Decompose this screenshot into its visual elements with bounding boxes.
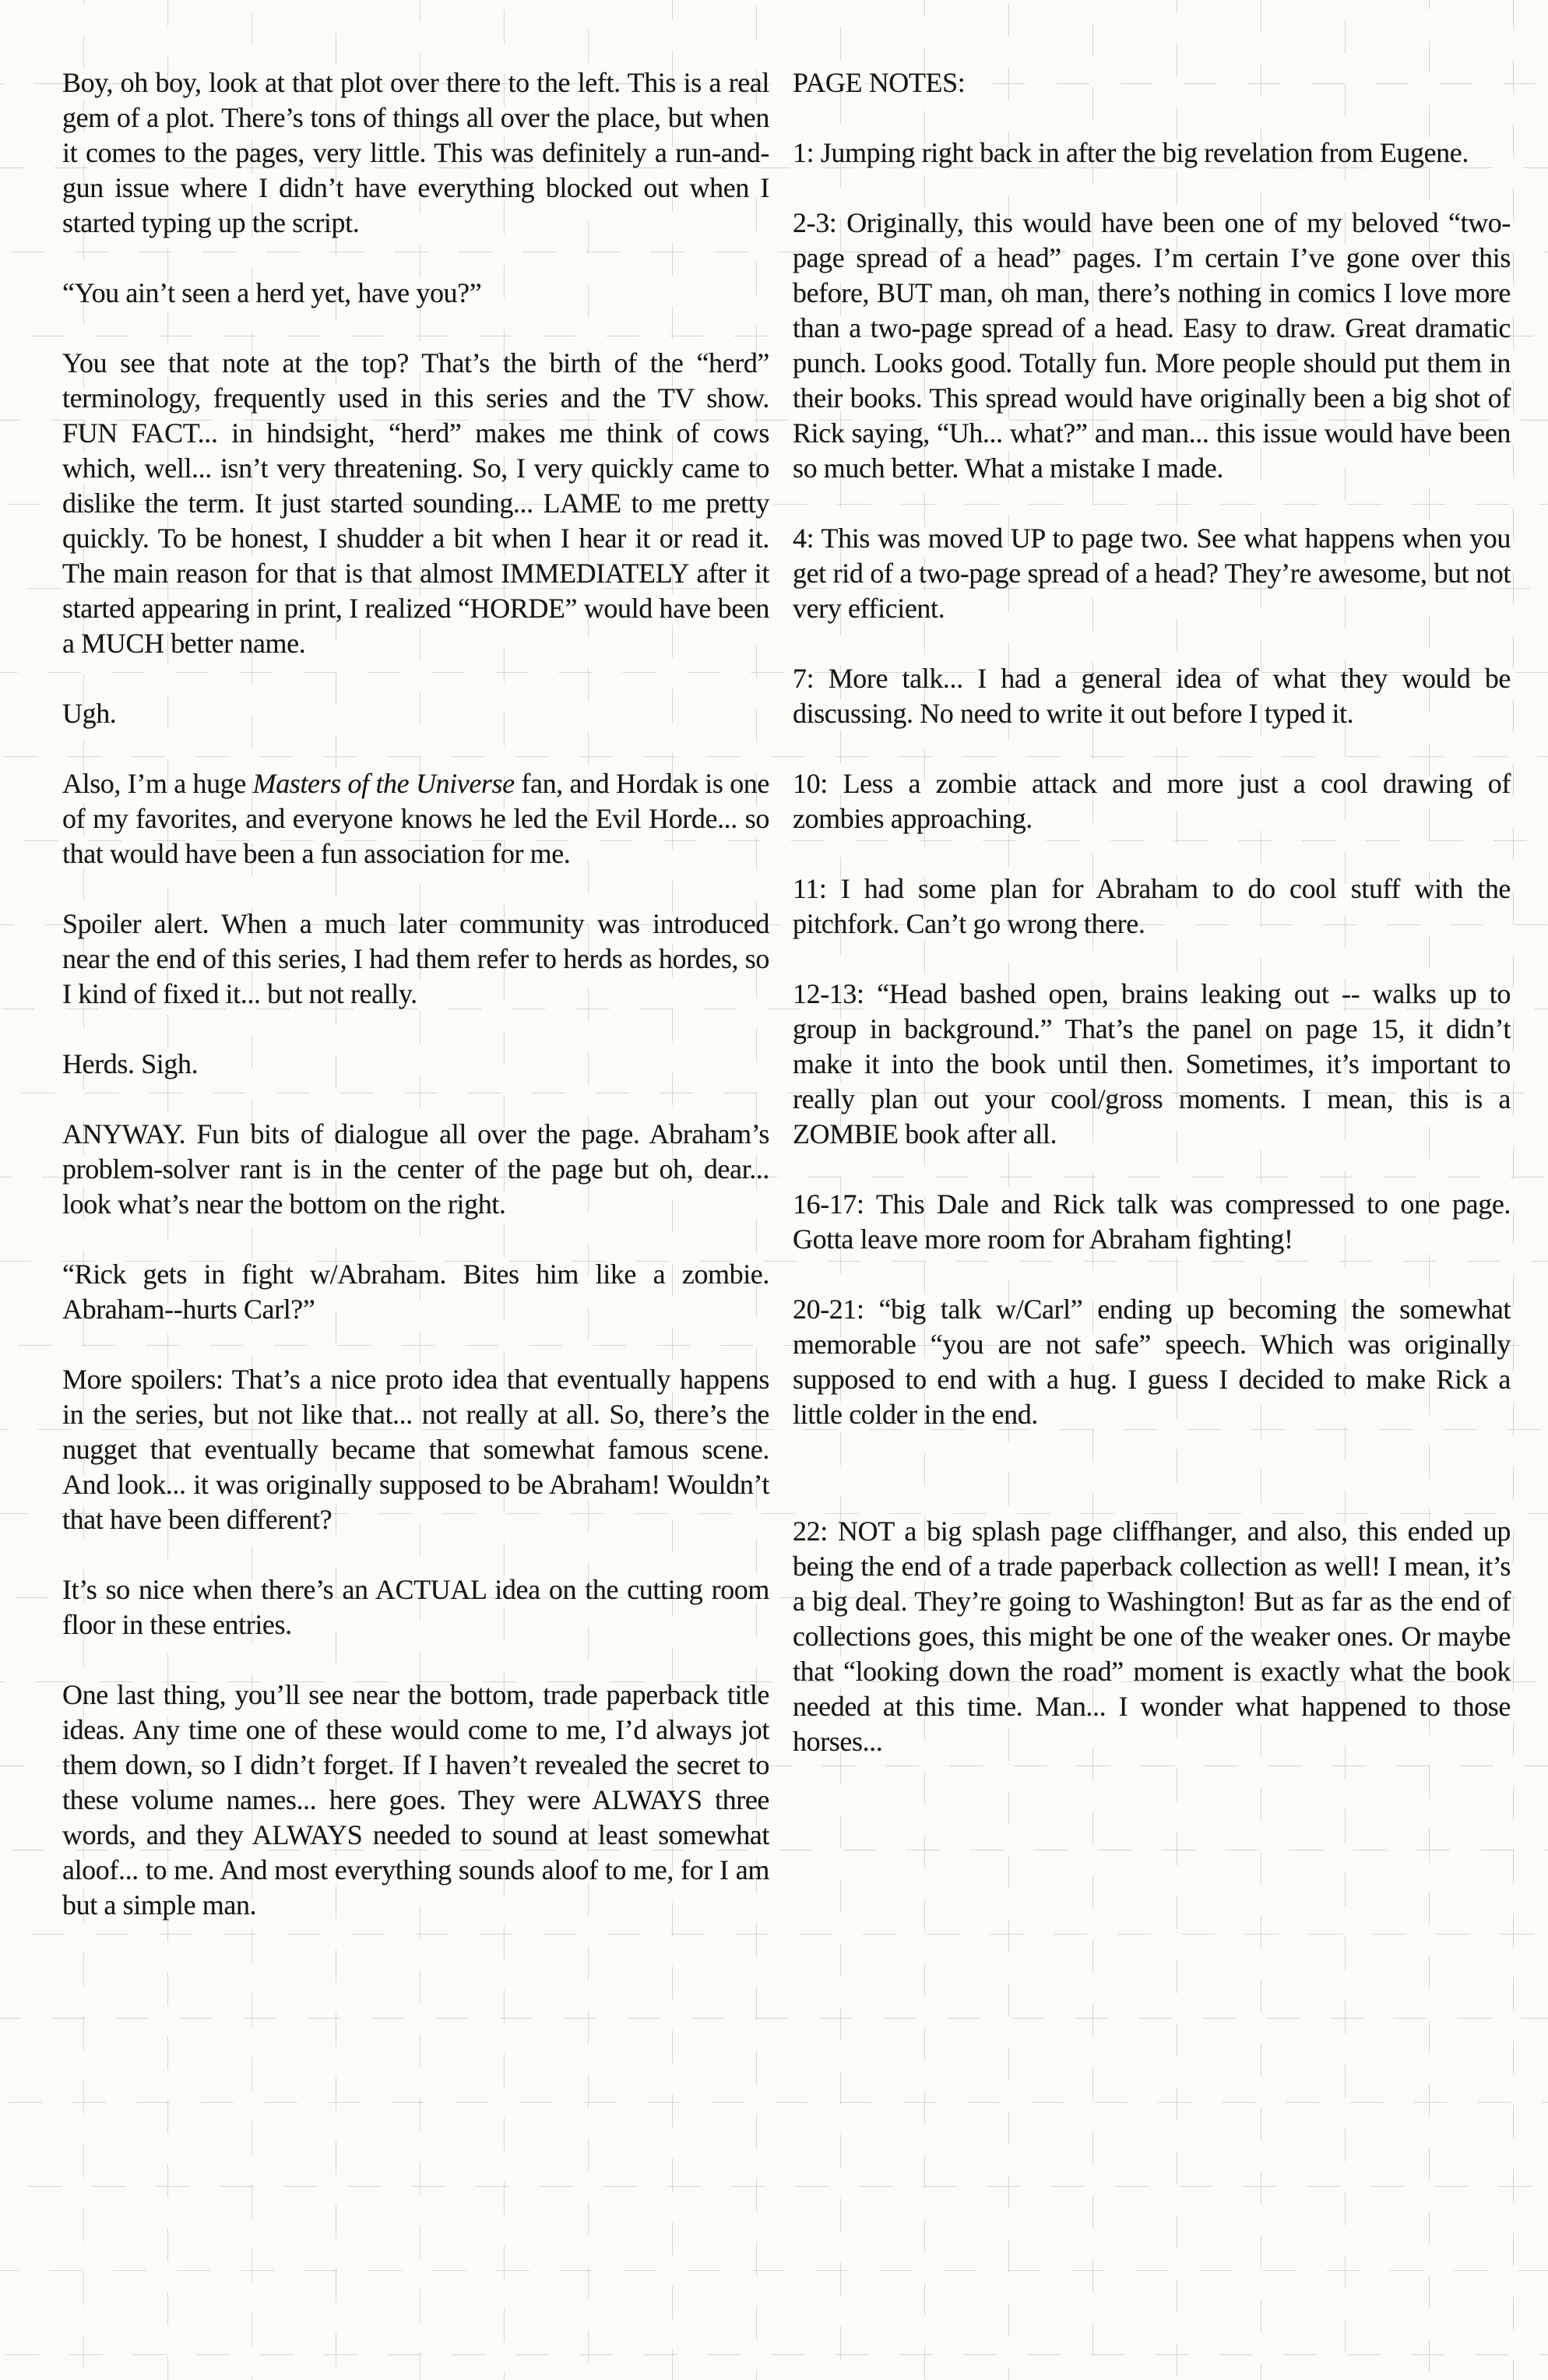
note-text: Jumping right back in after the big reve… (821, 137, 1469, 168)
note-text: NOT a big splash page cliffhanger, and a… (793, 1516, 1511, 1757)
book-title: Masters of the Universe (253, 768, 515, 799)
note-number: 10: (793, 768, 828, 799)
note-text: Originally, this would have been one of … (793, 207, 1511, 484)
note-number: 22: (793, 1516, 828, 1547)
paragraph: One last thing, you’ll see near the bott… (62, 1678, 769, 1923)
paragraph: Boy, oh boy, look at that plot over ther… (62, 65, 769, 241)
page-note: 16-17: This Dale and Rick talk was compr… (793, 1187, 1511, 1257)
page-note: 1: Jumping right back in after the big r… (793, 136, 1511, 171)
note-number: 7: (793, 663, 814, 694)
page-note: 7: More talk... I had a general idea of … (793, 661, 1511, 731)
two-column-layout: Boy, oh boy, look at that plot over ther… (0, 0, 1548, 1989)
note-number: 20-21: (793, 1294, 864, 1325)
interjection: Ugh. (62, 696, 769, 731)
interjection: Herds. Sigh. (62, 1047, 769, 1082)
page-notes-heading: PAGE NOTES: (793, 65, 1511, 100)
paragraph: You see that note at the top? That’s the… (62, 346, 769, 661)
paragraph: More spoilers: That’s a nice proto idea … (62, 1362, 769, 1537)
paragraph: ANYWAY. Fun bits of dialogue all over th… (62, 1117, 769, 1222)
note-number: 12-13: (793, 978, 864, 1009)
note-text: This Dale and Rick talk was compressed t… (793, 1188, 1511, 1255)
page-note: 2-3: Originally, this would have been on… (793, 206, 1511, 486)
page-notes-column: PAGE NOTES: 1: Jumping right back in aft… (793, 65, 1511, 1958)
paragraph: Spoiler alert. When a much later communi… (62, 907, 769, 1012)
page-note: 11: I had some plan for Abraham to do co… (793, 871, 1511, 942)
note-text: “Head bashed open, brains leaking out --… (793, 978, 1511, 1150)
note-number: 16-17: (793, 1188, 864, 1220)
note-number: 11: (793, 873, 826, 904)
paragraph: Also, I’m a huge Masters of the Universe… (62, 766, 769, 871)
paragraph-text: Also, I’m a huge (62, 768, 253, 799)
page-note: 4: This was moved UP to page two. See wh… (793, 521, 1511, 626)
note-text: This was moved UP to page two. See what … (793, 523, 1511, 624)
note-number: 4: (793, 523, 814, 554)
note-text: More talk... I had a general idea of wha… (793, 663, 1511, 729)
page-note: 10: Less a zombie attack and more just a… (793, 766, 1511, 836)
commentary-column: Boy, oh boy, look at that plot over ther… (62, 65, 769, 1958)
note-number: 1: (793, 137, 814, 168)
paragraph: It’s so nice when there’s an ACTUAL idea… (62, 1572, 769, 1642)
note-number: 2-3: (793, 207, 836, 238)
note-text: I had some plan for Abraham to do cool s… (793, 873, 1511, 939)
scanned-page: Boy, oh boy, look at that plot over ther… (0, 0, 1548, 2380)
page-note: 22: NOT a big splash page cliffhanger, a… (793, 1514, 1511, 1759)
script-quote: “Rick gets in fight w/Abraham. Bites him… (62, 1257, 769, 1327)
note-text: “big talk w/Carl” ending up becoming the… (793, 1294, 1511, 1430)
script-quote: “You ain’t seen a herd yet, have you?” (62, 276, 769, 311)
note-text: Less a zombie attack and more just a coo… (793, 768, 1511, 834)
page-note: 12-13: “Head bashed open, brains leaking… (793, 977, 1511, 1152)
page-note: 20-21: “big talk w/Carl” ending up becom… (793, 1292, 1511, 1432)
